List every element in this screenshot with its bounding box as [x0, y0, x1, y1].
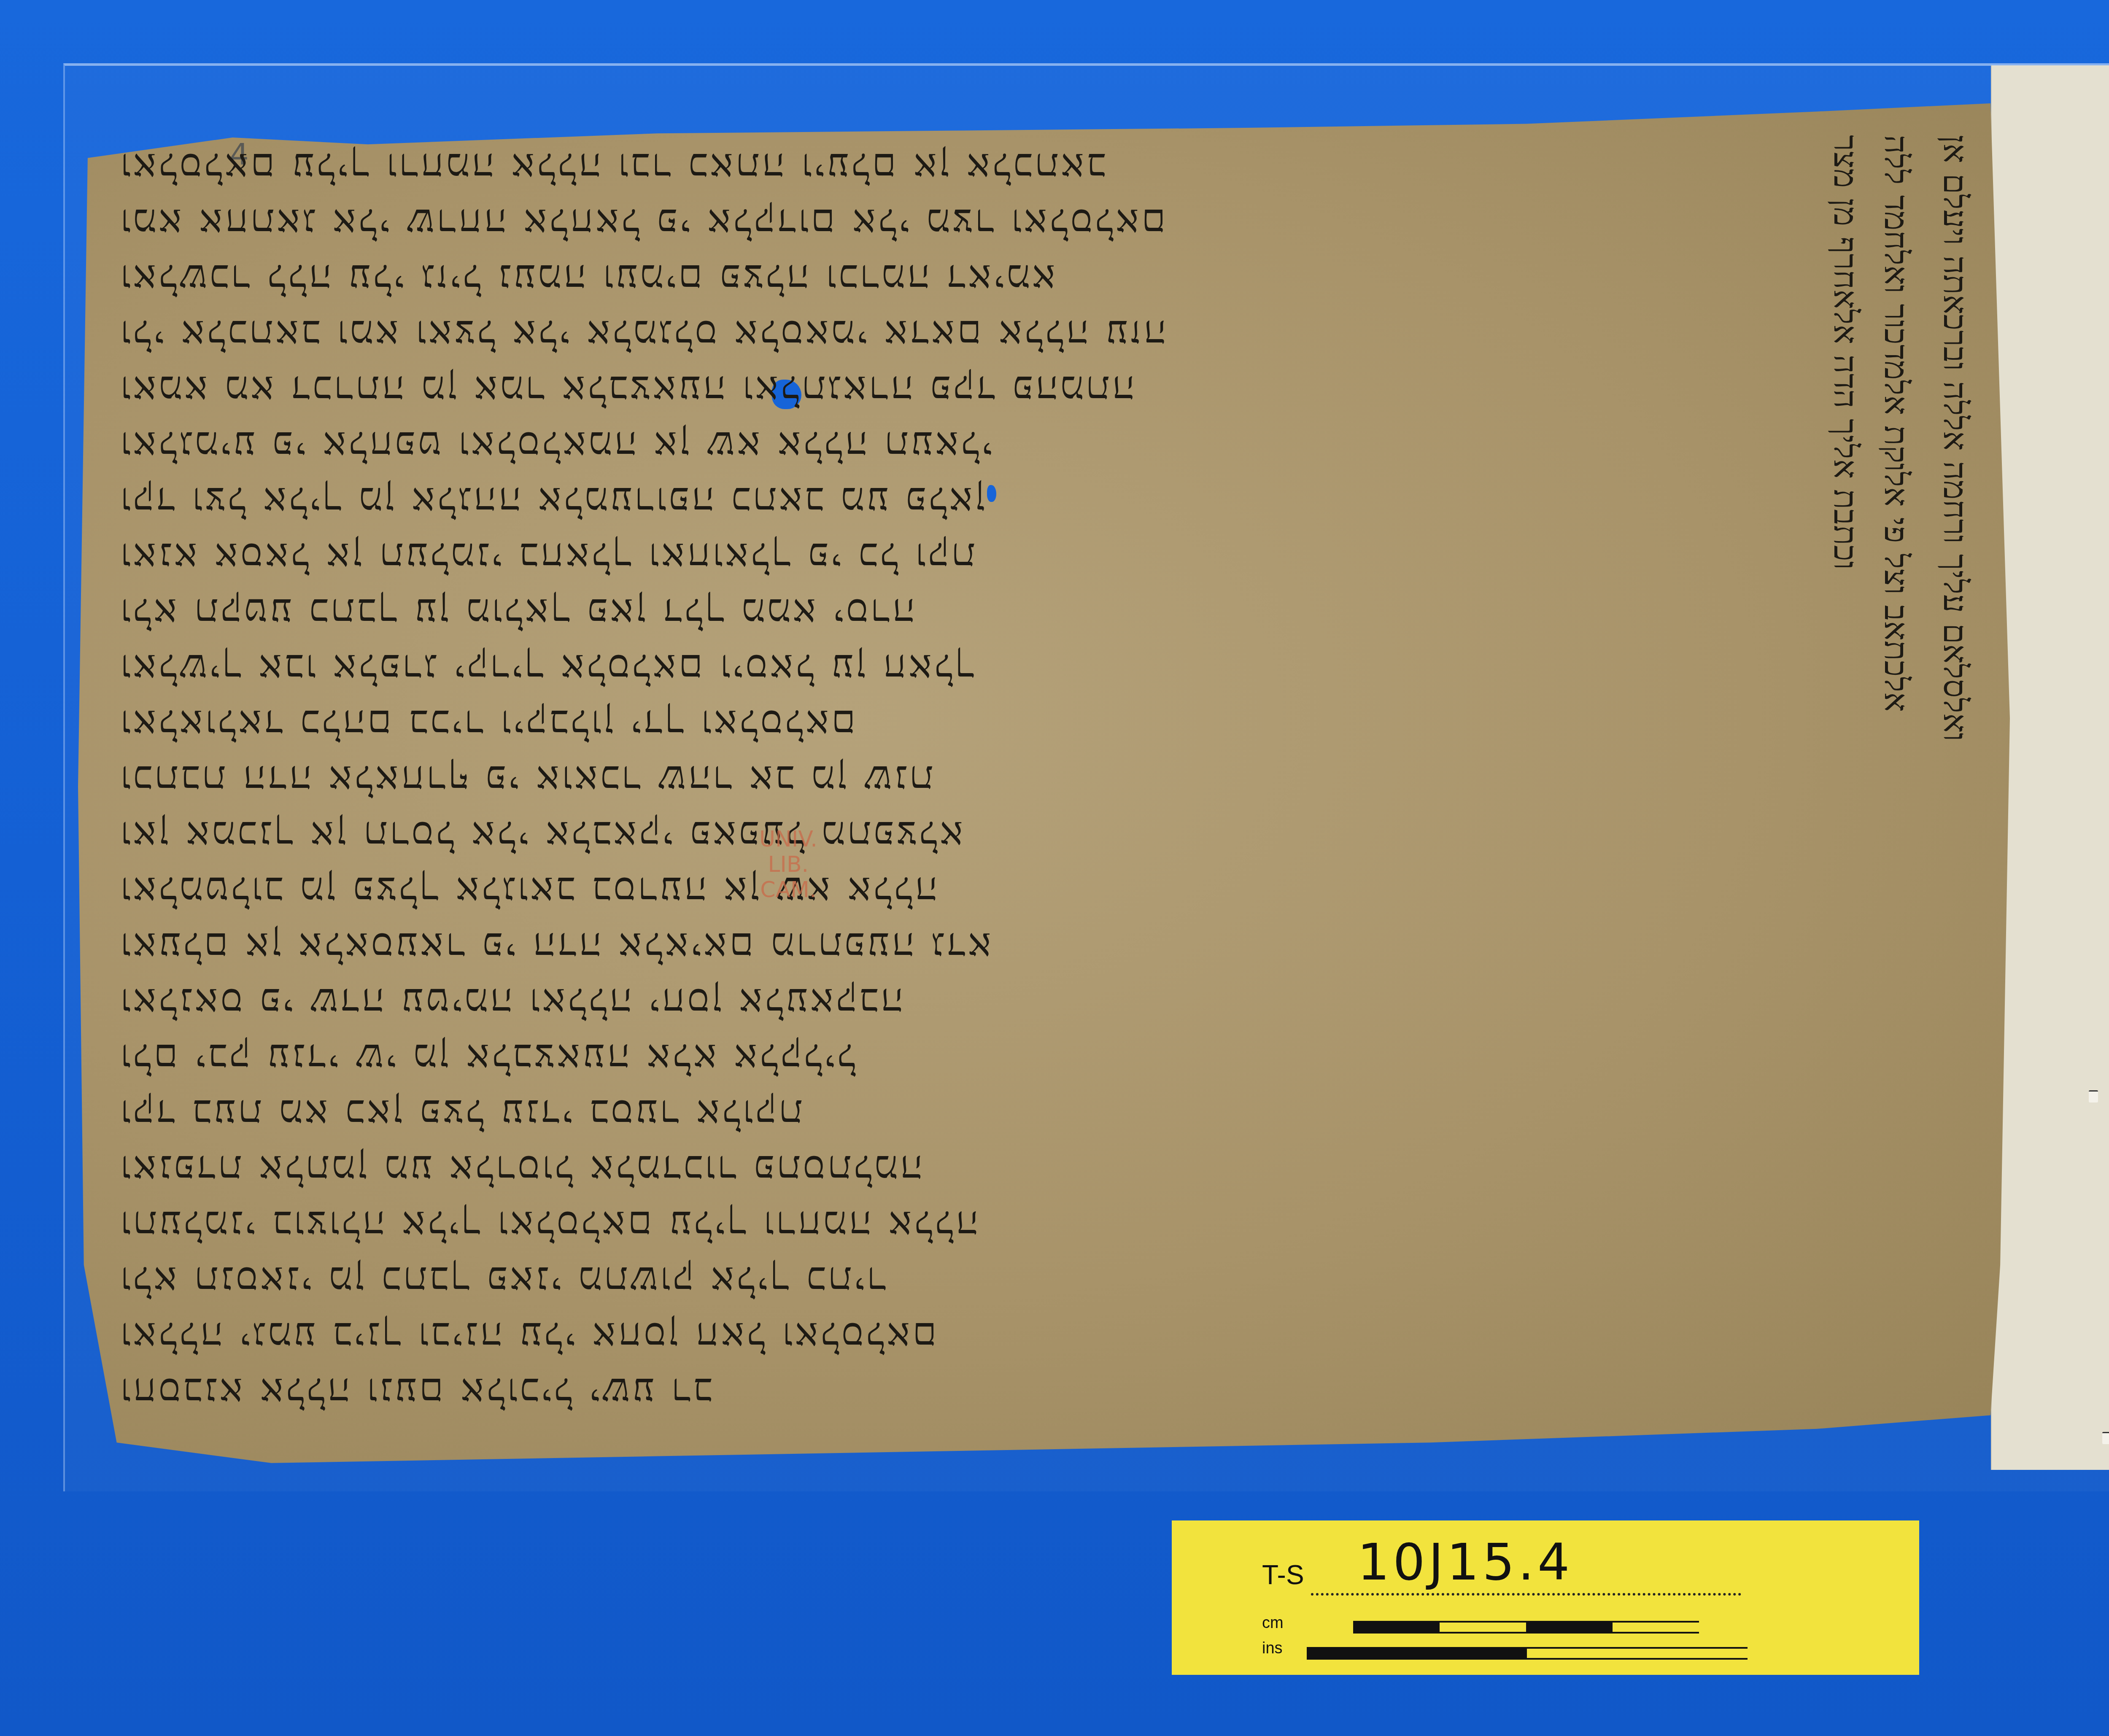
text-line: ולם יבק ענדי שי מן אלבצאעה אלא אלקליל [118, 1030, 1873, 1086]
text-line: ולי אלכתאב ומא ואצל אלי אלמגלס אלסאמי אד… [118, 306, 1873, 362]
scale-label-ins: ins [1262, 1639, 1283, 1658]
scale-label-cm: cm [1262, 1614, 1284, 1632]
board-tab [2089, 1090, 2098, 1103]
text-line: ואן אמכנך אן תרסל אלי אלבאקי פאפעל מתפצל… [118, 807, 1873, 863]
cm-scale-bar [1353, 1621, 1699, 1634]
inch-scale-bar [1307, 1647, 1748, 1660]
shelfmark-number: 10J15.4 [1357, 1533, 1573, 1592]
board-tab [2102, 1432, 2109, 1444]
stamp-line: UNIV. [759, 827, 817, 852]
text-line: ואלמטלוב מן פצלך אלגואב בסרעה אן שא אללה [118, 863, 1873, 919]
text-line: וקד וצל אליך מן אלגהה אלמערופה כתאב מע פ… [118, 473, 1873, 529]
text-line: ומא אחתאג אלי שרחה אלחאל פי אלקדום אלי מ… [118, 195, 1873, 251]
shelfmark-dotted-line [1311, 1593, 1741, 1596]
text-line: וכתבת הדה אלאחרף פי אואכר שהר אב מן שנת [118, 752, 1873, 807]
text-line: ואלנאס פי שדה עטימה ואללה יחסן אלעאקבה [118, 974, 1873, 1030]
text-line: ולא תקטע כתבך ען מולאך פאן דלך ממא יסרה [118, 585, 1873, 640]
shelfmark-prefix: T-S [1262, 1559, 1304, 1590]
margin-text-column: ואלסלאם עליך ורחמה אללה וברכאתה ויעלם אן [1907, 135, 1974, 1421]
text-line: ואנפדת אלתמן מע אלרסול אלמדכור פתסתלמה [118, 1141, 1873, 1197]
text-line: ואלגמיע פי אלחפט ואלסלאמה אן שא אללה תעא… [118, 418, 1873, 473]
text-line: ואלסלאם עליך ורחמה אללה ובר כאתה ויעלם א… [118, 139, 1873, 195]
stamp-line: CAM. [759, 877, 817, 903]
text-line: וקד בעת מא כאן פצל ענדי בסער אלוקת [118, 1086, 1873, 1141]
text-line: ואלאולאד כלהם בכיר ויקבלון ידך ואלסלאם [118, 696, 1873, 752]
main-text-block: ואלסלאם עליך ורחמה אללה ובר כאתה ויעלם א… [118, 139, 1873, 1420]
margin-text-column: וכתבת אליך הדה אלאחרף מן מצר [1797, 135, 1864, 1421]
text-line: ואעלם אן אלאסעאר פי הדה אלאיאם מרתפעה גד… [118, 919, 1873, 974]
text-line: ואנא אסאל אן תעלמני בחאלך ואחואלך פי כל … [118, 529, 1873, 585]
text-line: ואלשכר ללה עלי גזיל נעמה ועמים פצלה וכרמ… [118, 251, 1873, 306]
text-line: ואמא מא דכרתה מן אמר אלבצאעה ואלתגארה פק… [118, 362, 1873, 418]
text-line: ואלשיך אבו אלפרג יקריך אלסלאם ויסאל ען ח… [118, 640, 1873, 696]
text-line: וחסבנא אללה ונעם אלוכיל ישע רב [118, 1364, 1873, 1420]
shelfmark-label: T-S 10J15.4 cm ins [1172, 1520, 1919, 1675]
text-line: ואללה יגמע בינך ובינה עלי אחסן חאל ואלסל… [118, 1308, 1873, 1364]
text-line: ולא תנסאני מן כתבך פאני מתשוק אליך כתיר [118, 1253, 1873, 1308]
stamp-line: LIB. [759, 852, 817, 877]
library-stamp: UNIV. LIB. CAM. [759, 827, 817, 903]
text-line: ותעלמני בוצולה אליך ואלסלאם עליך ורחמה א… [118, 1197, 1873, 1253]
